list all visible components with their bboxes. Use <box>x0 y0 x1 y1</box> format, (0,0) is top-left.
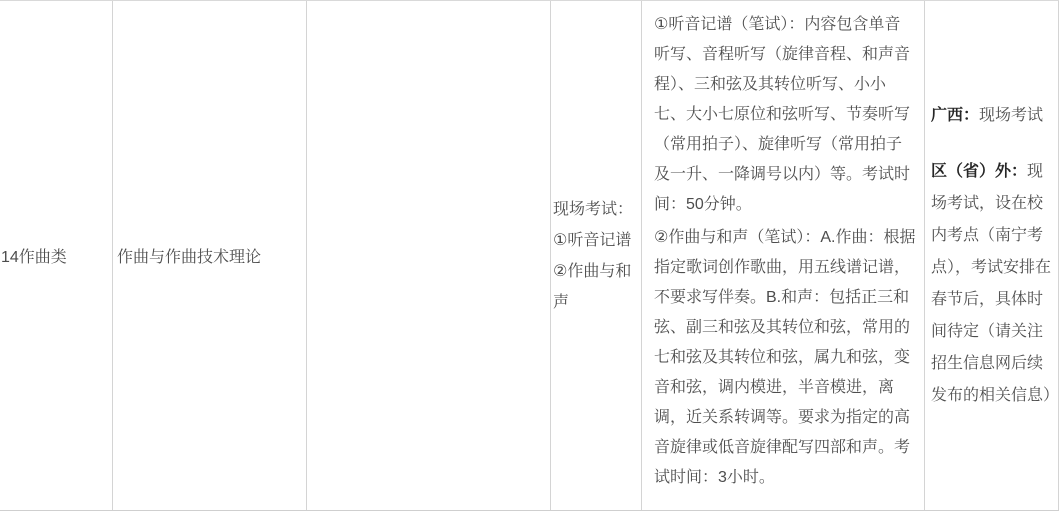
exam-summary-item-2: ②作曲与和声 <box>553 256 641 318</box>
cell-exam-detail: ①听音记谱（笔试）：内容包含单音听写、音程听写（旋律音程、和声音程）、三和弦及其… <box>642 1 925 510</box>
cell-category: 14作曲类 <box>0 1 113 510</box>
cell-major: 作曲与作曲技术理论 <box>113 1 307 510</box>
exam-detail-paragraph-2: ②作曲与和声（笔试）：A.作曲：根据指定歌词创作歌曲，用五线谱记谱，不要求写伴奏… <box>654 223 916 493</box>
location-guangxi-label: 广西： <box>931 107 979 124</box>
cell-empty <box>307 1 551 510</box>
location-guangxi: 广西：现场考试 <box>931 100 1054 132</box>
location-outside-text: 现场考试，设在校内考点（南宁考点），考试安排在春节后，具体时间待定（请关注招生信… <box>931 163 1059 404</box>
cell-location: 广西：现场考试 区（省）外：现场考试，设在校内考点（南宁考点），考试安排在春节后… <box>925 1 1059 510</box>
exam-detail-paragraph-1: ①听音记谱（笔试）：内容包含单音听写、音程听写（旋律音程、和声音程）、三和弦及其… <box>654 10 916 220</box>
location-outside: 区（省）外：现场考试，设在校内考点（南宁考点），考试安排在春节后，具体时间待定（… <box>931 156 1054 412</box>
cell-exam-summary: 现场考试： ①听音记谱 ②作曲与和声 <box>551 1 642 510</box>
major-label: 作曲与作曲技术理论 <box>117 244 261 267</box>
category-label: 14作曲类 <box>1 244 67 267</box>
exam-summary-item-1: ①听音记谱 <box>553 225 641 256</box>
exam-table-row: 14作曲类 作曲与作曲技术理论 现场考试： ①听音记谱 ②作曲与和声 ①听音记谱… <box>0 0 1059 511</box>
exam-summary-title: 现场考试： <box>553 194 641 225</box>
location-guangxi-text: 现场考试 <box>979 107 1043 124</box>
location-outside-label: 区（省）外： <box>931 163 1027 180</box>
